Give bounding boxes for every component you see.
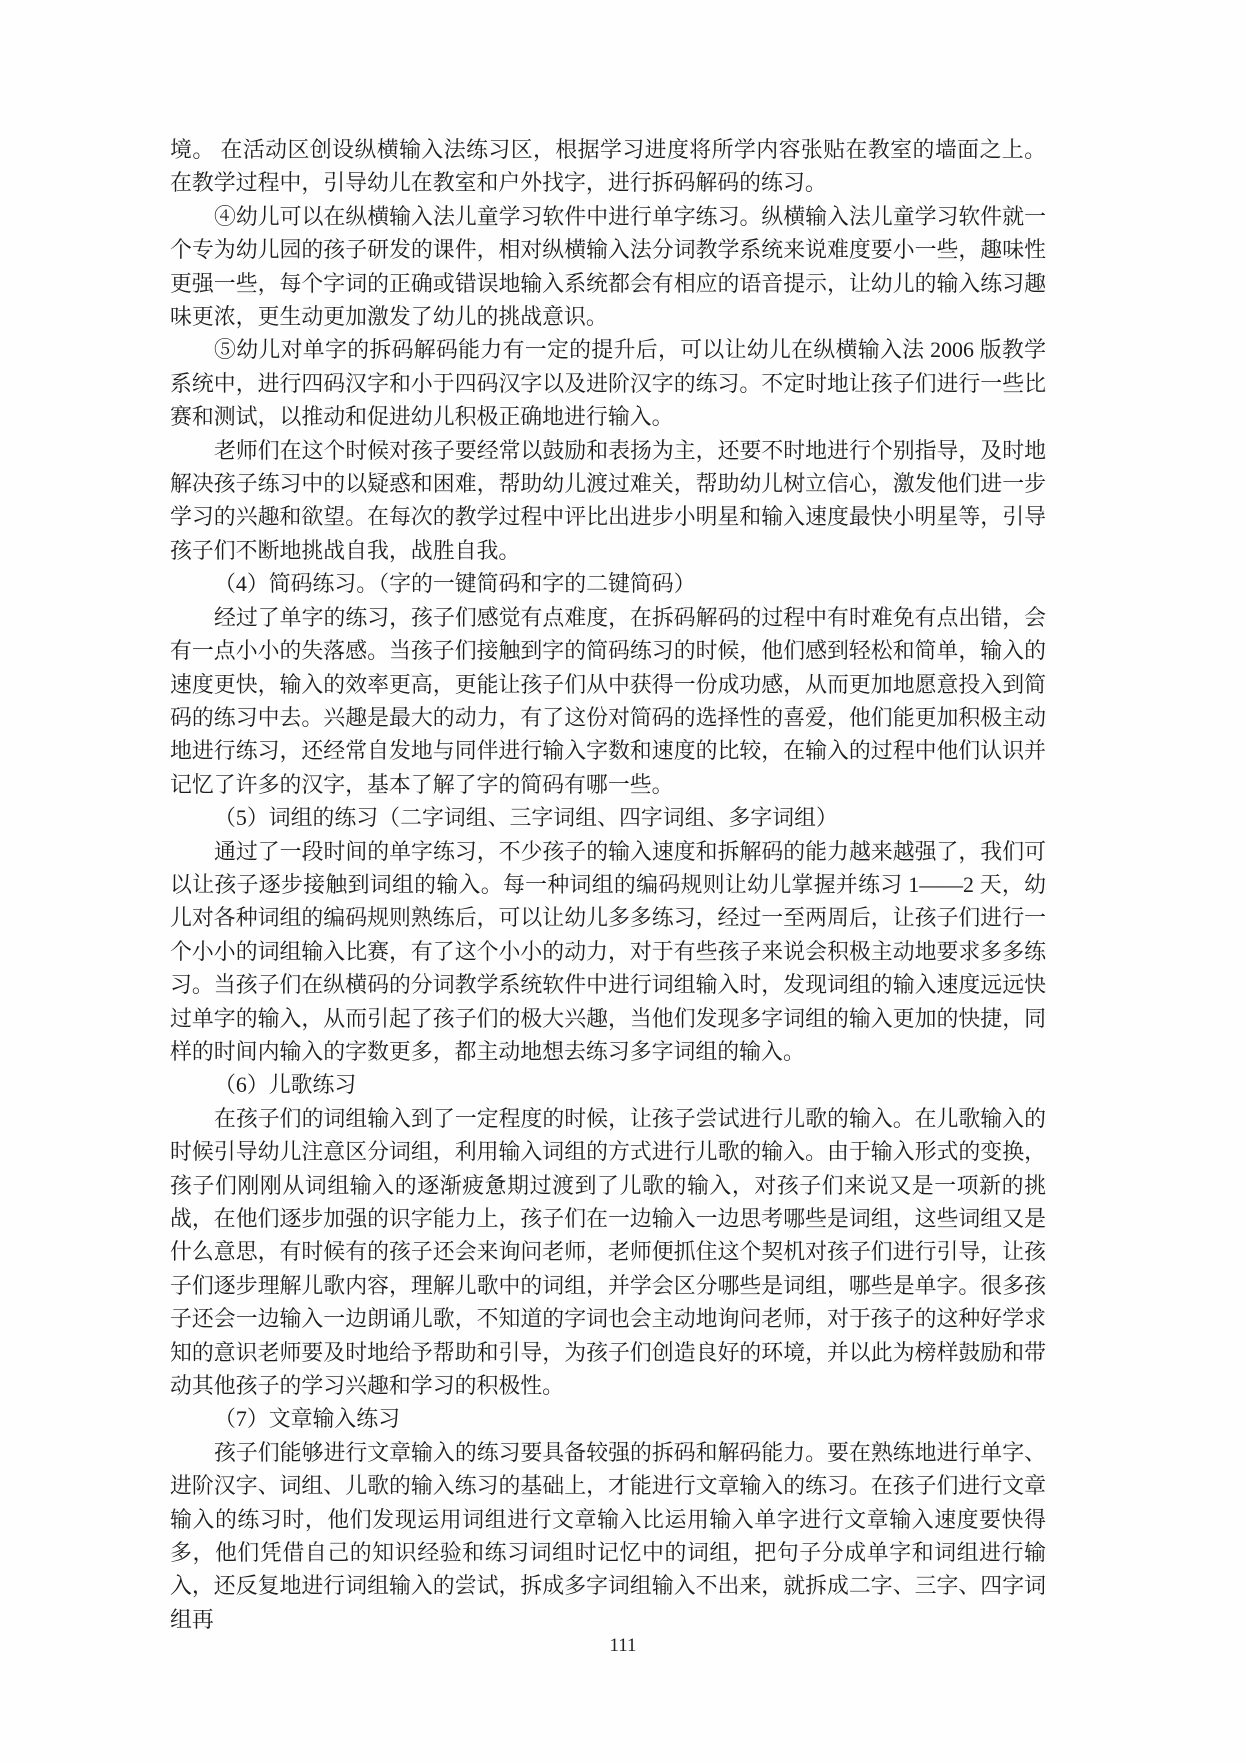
paragraph: 孩子们能够进行文章输入的练习要具备较强的拆码和解码能力。要在熟练地进行单字、进阶… [170, 1436, 1046, 1636]
paragraph: （7）文章输入练习 [170, 1402, 1046, 1435]
paragraph: 经过了单字的练习，孩子们感觉有点难度，在拆码解码的过程中有时难免有点出错，会有一… [170, 601, 1046, 801]
page-number: 111 [0, 1634, 1246, 1658]
paragraph: （4）简码练习。（字的一键简码和字的二键简码） [170, 567, 1046, 600]
paragraph: 老师们在这个时候对孩子要经常以鼓励和表扬为主，还要不时地进行个别指导，及时地解决… [170, 434, 1046, 568]
paragraph: 境。 在活动区创设纵横输入法练习区，根据学习进度将所学内容张贴在教室的墙面之上。… [170, 133, 1046, 200]
paragraph: 在孩子们的词组输入到了一定程度的时候，让孩子尝试进行儿歌的输入。在儿歌输入的时候… [170, 1102, 1046, 1403]
document-body: 境。 在活动区创设纵横输入法练习区，根据学习进度将所学内容张贴在教室的墙面之上。… [170, 133, 1046, 1636]
paragraph: ④幼儿可以在纵横输入法儿童学习软件中进行单字练习。纵横输入法儿童学习软件就一个专… [170, 200, 1046, 334]
paragraph: ⑤幼儿对单字的拆码解码能力有一定的提升后，可以让幼儿在纵横输入法 2006 版教… [170, 333, 1046, 433]
document-page: 境。 在活动区创设纵横输入法练习区，根据学习进度将所学内容张贴在教室的墙面之上。… [0, 0, 1246, 1763]
paragraph: （6）儿歌练习 [170, 1068, 1046, 1101]
paragraph: 通过了一段时间的单字练习，不少孩子的输入速度和拆解码的能力越来越强了，我们可以让… [170, 835, 1046, 1069]
paragraph: （5）词组的练习（二字词组、三字词组、四字词组、多字词组） [170, 801, 1046, 834]
